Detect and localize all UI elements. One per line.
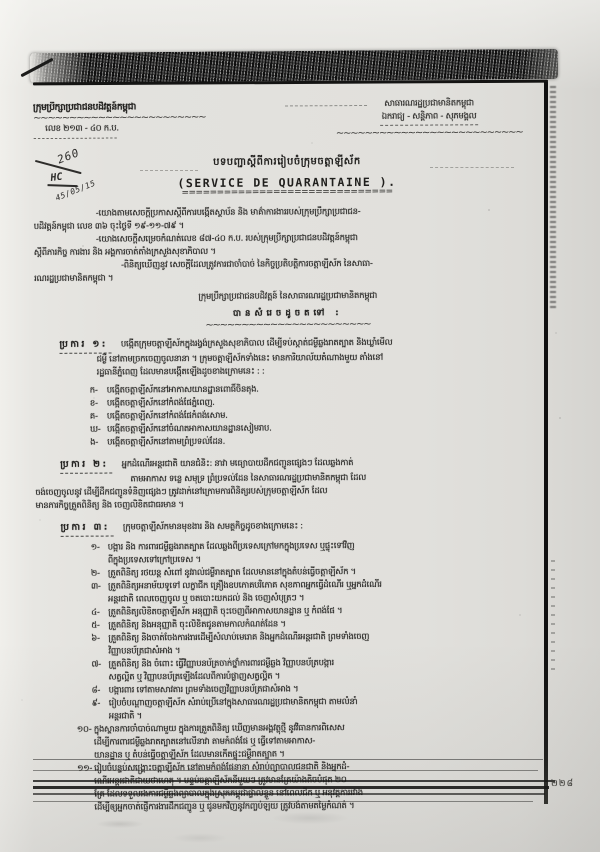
row-key: ៦- xyxy=(91,633,108,646)
row-text: ត្រួតពិនិត្យ និងអនុញ្ញាតិ ចុះលិខិតជូនតាម… xyxy=(108,618,286,632)
article-first-line: បង្កើតក្រុមចត្តាឡីស័កក្នុងរង្វង់ក្រសួងសុ… xyxy=(121,337,393,354)
scanline-artifact xyxy=(33,780,555,782)
row-text: បង្ការពារ ទៅតាមសាវតារ ព្រមទាំងចេញវិញ្ញាប… xyxy=(109,683,299,697)
article-rows: តាមអាកាស ទន្លេ សមុទ្រ ព្រំប្រទល់ដែន នៃសា… xyxy=(35,471,542,513)
scan-edge-noise xyxy=(550,86,556,308)
row-text: ត្រួតពិនិត្យអនាម័យទូទៅ លក្ខាជីក គ្រឿងឧបភ… xyxy=(108,579,382,594)
row-key: ឃ- xyxy=(90,424,107,437)
right-frame-rule xyxy=(544,82,548,804)
letterhead-left: ក្រុមប្រឹក្សាប្រជាជនបដិវត្តន៍កម្ពុជា ~~~… xyxy=(33,100,285,143)
article-label: ប្រការ ១: xyxy=(59,339,111,354)
row-text: អន្តរជាតិ ។ xyxy=(109,710,142,723)
document-title: បទបញ្ជាស្តីពីការរៀបចំក្រុមចត្តាឡីស័ក (SE… xyxy=(33,154,540,198)
row-key: ៤- xyxy=(91,607,108,620)
row-key: ៥- xyxy=(91,620,108,633)
scanned-document-page: 260 HC 45/05/15 ក្រុមប្រឹក្សាប្រជាជនបដិវ… xyxy=(0,0,600,852)
row-text: ជម្ងឺ នៅតាមច្រកចេញចូលនានា ។ ក្រុមចត្តាឡី… xyxy=(97,352,383,367)
article-1: ប្រការ ១: បង្កើតក្រុមចត្តាឡីស័កក្នុងរង្វ… xyxy=(34,336,542,450)
preamble-line: រណរដ្ឋប្រជាមានិតកម្ពុជា ។ xyxy=(34,270,541,286)
row-key: ១០- xyxy=(77,724,94,737)
row-text: ដើម្បីឲ្យអ្នកចាត់ផ្ញើការងារដឹកជញ្ជូន ឬ ជ… xyxy=(94,800,354,815)
article-first-line: អ្នកដំណើរអន្តរជាតិ យានជំនិះ: នាវា មធ្យោប… xyxy=(122,457,354,473)
row-text: ត្រួតពិនិត្យ និង ចំពោះ ធ្វើវិញ្ញាបនប័ត្រ… xyxy=(108,657,334,671)
scanline-artifact xyxy=(33,801,533,802)
row-key: ខ- xyxy=(90,398,107,411)
row-text: មានភារកិច្ចត្រួតពិនិត្យ និង ចេញលិខិតជាធរ… xyxy=(35,499,183,513)
letterhead-right: សាធារណរដ្ឋប្រជាមានិតកម្ពុជា ឯករាជ្យ - សន… xyxy=(318,97,540,137)
dash-divider: -------------------- xyxy=(33,134,285,143)
row-text: ដើម្បីការពារជម្ងឺឆ្លងរាតត្បាតនៅលើនាវា តា… xyxy=(94,735,315,749)
row-text: យានដ្ឋាន ឬ តំបន់ធ្វើចត្តាឡីស័ក ដែលមានកើត… xyxy=(94,748,285,762)
document-body: ក្រុមប្រឹក្សាប្រជាជនបដិវត្តន៍កម្ពុជា ~~~… xyxy=(33,99,544,815)
article-rows: ជម្ងឺ នៅតាមច្រកចេញចូលនានា ។ ក្រុមចត្តាឡី… xyxy=(35,351,543,450)
article-row: រដ្ឋធានីភ្នំពេញ ដែលមានបង្កើតឡើងដូចខាងក្រ… xyxy=(97,364,542,380)
decision-line: ក្រុមប្រឹក្សាប្រជាជនបដិវត្តន៍ នៃសាធារណរដ… xyxy=(34,289,541,305)
row-text: ពីក្នុងប្រទេសទៅក្រៅប្រទេស ។ xyxy=(108,554,201,568)
row-text: ចង់ចេញចូលនូវ ដើម្បីដឹកជញ្ជូនទំនិញផ្សេងៗ … xyxy=(35,485,327,500)
letterhead: ក្រុមប្រឹក្សាប្រជាជនបដិវត្តន៍កម្ពុជា ~~~… xyxy=(33,99,540,143)
scanline-artifact xyxy=(33,793,545,795)
row-text: ត្រួតពិនិត្យ និងចាត់ចែងការងារដើម្បីសំលាប… xyxy=(108,631,369,646)
row-key: គ- xyxy=(90,411,107,424)
article-label: ប្រការ ៣: xyxy=(61,522,114,537)
article-row: ង- បង្កើតចត្តាឡីស័កនៅតាមព្រំប្រទល់ដែន. xyxy=(90,434,542,450)
row-key: ៩- xyxy=(92,698,109,711)
row-text: បង្កើតចត្តាឡីស័កនៅអាកាសយានដ្ឋានពោធិ៍ចិនត… xyxy=(107,384,259,398)
row-key: ៧- xyxy=(91,659,108,672)
row-text: សត្វល្អិត ឬ វិញ្ញាបនប័ត្រឡើងដែលពីការបំផ្… xyxy=(108,671,280,685)
row-text: បង្កើតចត្តាឡីស័កនៅតាមព្រំប្រទល់ដែន. xyxy=(107,436,225,450)
scan-edge-noise xyxy=(551,560,555,670)
page-number: ២២៨ xyxy=(551,778,574,791)
row-text: វិញ្ញាបនប័ត្រជាសំអាង ។ xyxy=(108,645,180,658)
row-text: បង្ការ និង ការពារជម្ងឺឆ្លងរាតត្បាត ដែលឆ្… xyxy=(108,540,355,555)
row-key: ក- xyxy=(90,385,107,398)
scanline-artifact xyxy=(33,770,538,771)
row-key: ៨- xyxy=(92,685,109,698)
state-motto: ឯករាជ្យ - សន្តិភាព - សុភមង្គល xyxy=(380,110,479,126)
row-text: បង្កើតចត្តាឡីស័កនៅកំពង់ផែភ្នំពេញ. xyxy=(107,397,215,411)
row-text: អន្តរជាតិ ពេលចេញចូល ឬ ចតបោះយកដល់ និង ចេញ… xyxy=(108,592,304,606)
row-text: តាមអាកាស ទន្លេ សមុទ្រ ព្រំប្រទល់ដែន នៃសា… xyxy=(130,472,366,486)
row-key: ង- xyxy=(90,437,107,450)
document-title-khmer: បទបញ្ជាស្តីពីការរៀបចំក្រុមចត្តាឡីស័ក xyxy=(33,154,540,171)
squiggle-divider: ~~~~~~~~~~~~~~~~~~~~~~~~~~ xyxy=(318,129,540,137)
scanline-artifact xyxy=(33,759,543,760)
article-rows: ១- បង្ការ និង ការពារជម្ងឺឆ្លងរាតត្បាត ដែ… xyxy=(36,539,545,815)
row-key: ១- xyxy=(91,542,108,555)
scanline-artifact xyxy=(33,786,549,789)
preamble: -យោងតាមសេចក្តីប្រកាសស្តីពីការបង្កើតស្ថាប… xyxy=(34,205,541,286)
article-row: មានភារកិច្ចត្រួតពិនិត្យ និង ចេញលិខិតជាធរ… xyxy=(35,497,542,513)
row-text: រៀបចំបណ្តាញចត្តាឡីស័ក សំរាប់ប្រើនៅក្នុងស… xyxy=(109,696,358,711)
article-label: ប្រការ ២: xyxy=(60,459,112,474)
article-first-line: ក្រុមចត្តាឡីស័កមានមុខងារ និង សមត្ថកិច្ចដ… xyxy=(123,520,303,536)
row-key: ៣- xyxy=(91,581,108,594)
row-text: បង្កើតចត្តាឡីស័កនៅកំពង់ផែកំពង់សោម. xyxy=(107,410,228,424)
row-key: ២- xyxy=(91,568,108,581)
row-text: រដ្ឋធានីភ្នំពេញ ដែលមានបង្កើតឡើងដូចខាងក្រ… xyxy=(97,366,265,380)
decision-intro: ក្រុមប្រឹក្សាប្រជាជនបដិវត្តន៍ នៃសាធារណរដ… xyxy=(34,289,541,330)
row-text: ត្រួតពិនិត្យលិខិតចត្តាឡីស័ក អនុញ្ញាតិ ចុ… xyxy=(108,605,342,619)
article-2: ប្រការ ២: អ្នកដំណើរអន្តរជាតិ យានជំនិះ: ន… xyxy=(35,456,542,513)
article-heading: ប្រការ ៣: ក្រុមចត្តាឡីស័កមានមុខងារ និង ស… xyxy=(36,519,543,537)
scan-grain-band xyxy=(30,49,558,83)
row-text: បង្កើតចត្តាឡីស័កនៅចំណតអាកាសយានដ្ឋានសៀមរា… xyxy=(107,423,272,437)
